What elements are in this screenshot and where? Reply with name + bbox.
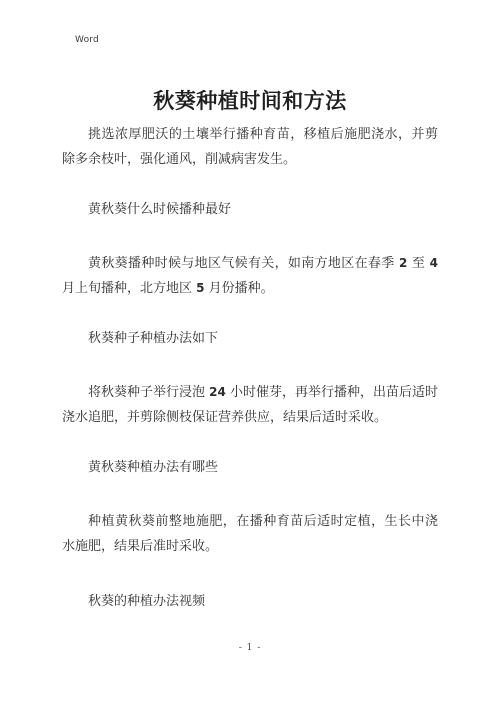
paragraph-intro: 挑选浓厚肥沃的土壤举行播种育苗，移植后施肥浇水，并剪除多余枝叶，强化通风，削减病… — [62, 122, 438, 172]
paragraph-planting-methods: 种植黄秋葵前整地施肥，在播种育苗后适时定植，生长中浇水施肥，结果后准时采收。 — [62, 509, 438, 559]
word-app-label: Word — [75, 35, 99, 45]
section-heading-planting-video: 秋葵的种植办法视频 — [62, 589, 438, 614]
document-title: 秋葵种植时间和方法 — [0, 86, 500, 115]
section-heading-seed-planting-method: 秋葵种子种植办法如下 — [62, 326, 438, 351]
document-page: Word 秋葵种植时间和方法 挑选浓厚肥沃的土壤举行播种育苗，移植后施肥浇水，并… — [0, 0, 500, 707]
paragraph-seed-planting: 将秋葵种子举行浸泡 24 小时催芽，再举行播种，出苗后适时浇水追肥，并剪除侧枝保… — [62, 380, 438, 430]
document-body: 挑选浓厚肥沃的土壤举行播种育苗，移植后施肥浇水，并剪除多余枝叶，强化通风，削减病… — [62, 122, 438, 614]
page-number: - 1 - — [0, 643, 500, 653]
section-heading-best-sowing-time: 黄秋葵什么时候播种最好 — [62, 197, 438, 222]
section-heading-planting-methods: 黄秋葵种植办法有哪些 — [62, 455, 438, 480]
paragraph-sowing-time: 黄秋葵播种时候与地区气候有关，如南方地区在春季 2 至 4 月上旬播种，北方地区… — [62, 251, 438, 301]
